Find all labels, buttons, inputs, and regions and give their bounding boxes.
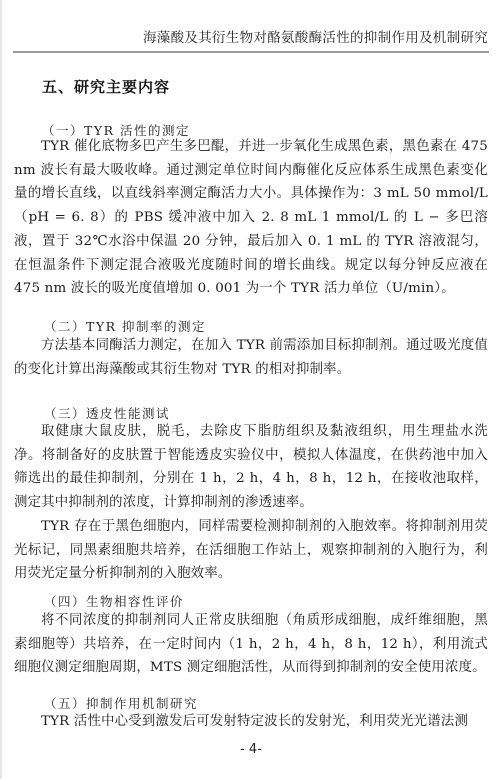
header-rule — [13, 51, 489, 53]
paragraph-biocompatibility: 将不同浓度的抑制剂同人正常皮肤细胞（角质形成细胞，成纤维细胞，黑素细胞等）共培养… — [14, 609, 488, 680]
paragraph-tyr-activity: TYR 催化底物多巴产生多巴醌，并进一步氧化生成黑色素，黑色素在 475 nm … — [14, 135, 488, 301]
subsection-heading-4: （四）生物相容性评价 — [44, 592, 184, 610]
paragraph-mechanism: TYR 活性中心受到激发后可发射特定波长的发射光，利用荧光光谱法测 — [14, 710, 488, 734]
running-header: 海藻酸及其衍生物对酪氨酸酶活性的抑制作用及机制研究 — [143, 26, 488, 46]
paragraph-transdermal-test: 取健康大鼠皮肤，脱毛，去除皮下脂肪组织及黏液组织，用生理盐水洗净。将制备好的皮肤… — [14, 420, 488, 515]
section-title: 五、研究主要内容 — [42, 76, 170, 97]
paragraph-cell-uptake: TYR 存在于黑色细胞内，同样需要检测抑制剂的入胞效率。将抑制剂用荧光标记，同黑… — [14, 515, 488, 586]
subsection-heading-2: （二）TYR 抑制率的测定 — [44, 317, 206, 335]
page-number: - 4- — [0, 742, 502, 757]
paragraph-inhibition-rate: 方法基本同酶活力测定，在加入 TYR 前需添加目标抑制剂。通过吸光度值的变化计算… — [14, 334, 488, 381]
page-edge — [0, 0, 2, 779]
